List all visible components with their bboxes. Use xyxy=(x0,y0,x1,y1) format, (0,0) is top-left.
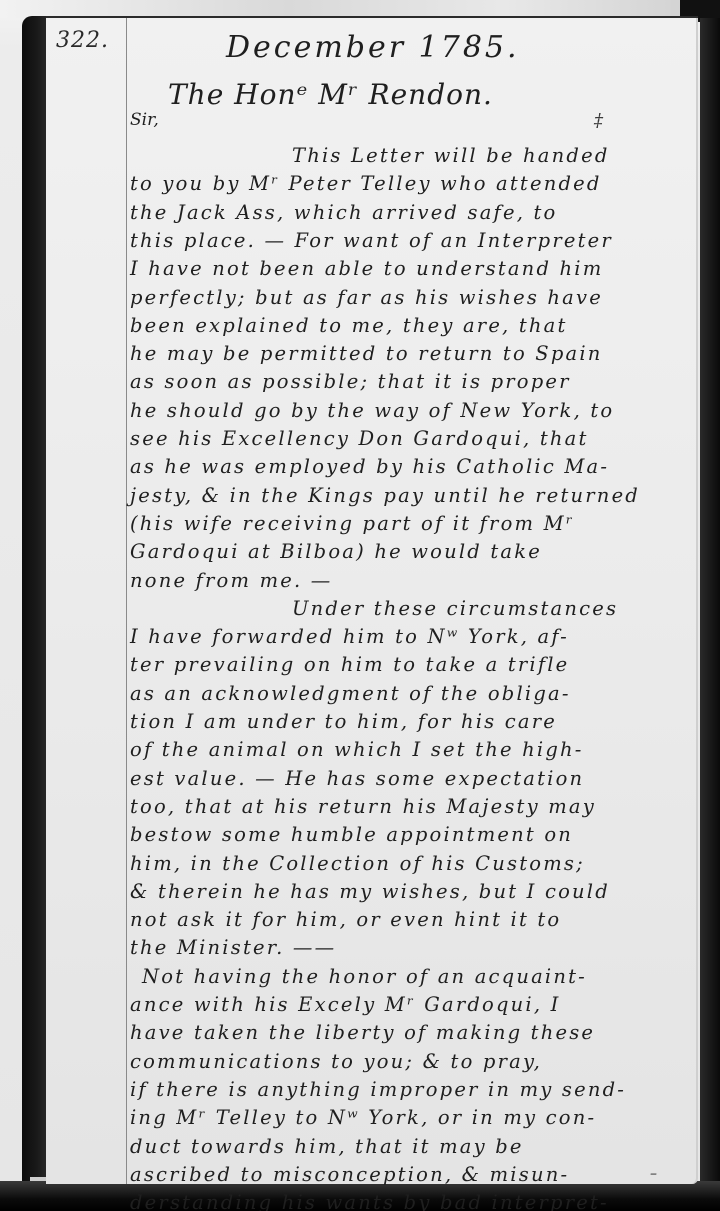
manuscript-line: of the animal on which I set the high- xyxy=(130,740,584,760)
page-right-edge-shadow xyxy=(700,18,720,1211)
manuscript-line: tion I am under to him, for his care xyxy=(130,712,557,732)
manuscript-line: ter prevailing on him to take a trifle xyxy=(130,655,569,675)
manuscript-line: I have not been able to understand him xyxy=(130,259,603,279)
manuscript-line: Not having the honor of an acquaint- xyxy=(142,967,587,987)
manuscript-line: ascribed to misconception, & misun- xyxy=(130,1165,569,1185)
manuscript-line: communications to you; & to pray, xyxy=(130,1052,542,1072)
page-number: 322. xyxy=(56,28,109,53)
manuscript-line: perfectly; but as far as his wishes have xyxy=(130,288,603,308)
manuscript-line: I have forwarded him to Nʷ York, af- xyxy=(130,627,569,647)
manuscript-line: have taken the liberty of making these xyxy=(130,1023,595,1043)
marginal-mark-icon: ‡ xyxy=(594,110,603,131)
manuscript-line: est value. — He has some expectation xyxy=(130,769,584,789)
manuscript-line: the Jack Ass, which arrived safe, to xyxy=(130,203,557,223)
letterbook-page: 322. December 1785. The Honᵉ Mʳ Rendon. … xyxy=(46,16,698,1184)
manuscript-scan: 322. December 1785. The Honᵉ Mʳ Rendon. … xyxy=(0,0,720,1211)
manuscript-line: as soon as possible; that it is proper xyxy=(130,372,571,392)
manuscript-line: the Minister. —— xyxy=(130,938,336,958)
manuscript-line: duct towards him, that it may be xyxy=(130,1137,524,1157)
manuscript-line: as an acknowledgment of the obliga- xyxy=(130,684,571,704)
manuscript-line: jesty, & in the Kings pay until he retur… xyxy=(130,486,640,506)
manuscript-line: too, that at his return his Majesty may xyxy=(130,797,596,817)
manuscript-line: ance with his Excely Mʳ Gardoqui, I xyxy=(130,995,561,1015)
manuscript-line: bestow some humble appointment on xyxy=(130,825,573,845)
manuscript-line: to you by Mʳ Peter Telley who attended xyxy=(130,174,602,194)
manuscript-line: This Letter will be handed xyxy=(292,146,610,166)
catchword-dash: – xyxy=(650,1166,657,1182)
manuscript-line: as he was employed by his Catholic Ma- xyxy=(130,457,609,477)
manuscript-line: him, in the Collection of his Customs; xyxy=(130,854,585,874)
manuscript-line: (his wife receiving part of it from Mʳ xyxy=(130,514,575,534)
margin-rule xyxy=(126,18,127,1184)
manuscript-line: been explained to me, they are, that xyxy=(130,316,568,336)
manuscript-line: none from me. — xyxy=(130,571,333,591)
dateline: December 1785. xyxy=(226,30,520,65)
manuscript-line: derstanding his wants by bad interpret- xyxy=(130,1193,609,1211)
manuscript-line: Under these circumstances xyxy=(292,599,618,619)
manuscript-line: he should go by the way of New York, to xyxy=(130,401,614,421)
book-binding xyxy=(22,16,48,1186)
salutation: Sir, xyxy=(130,110,159,130)
manuscript-line: not ask it for him, or even hint it to xyxy=(130,910,561,930)
manuscript-line: ing Mʳ Telley to Nʷ York, or in my con- xyxy=(130,1108,596,1128)
manuscript-line: & therein he has my wishes, but I could xyxy=(130,882,610,902)
manuscript-line: if there is anything improper in my send… xyxy=(130,1080,626,1100)
addressee: The Honᵉ Mʳ Rendon. xyxy=(168,78,493,111)
manuscript-line: Gardoqui at Bilboa) he would take xyxy=(130,542,542,562)
manuscript-line: this place. — For want of an Interpreter xyxy=(130,231,613,251)
manuscript-line: see his Excellency Don Gardoqui, that xyxy=(130,429,589,449)
manuscript-line: he may be permitted to return to Spain xyxy=(130,344,603,364)
